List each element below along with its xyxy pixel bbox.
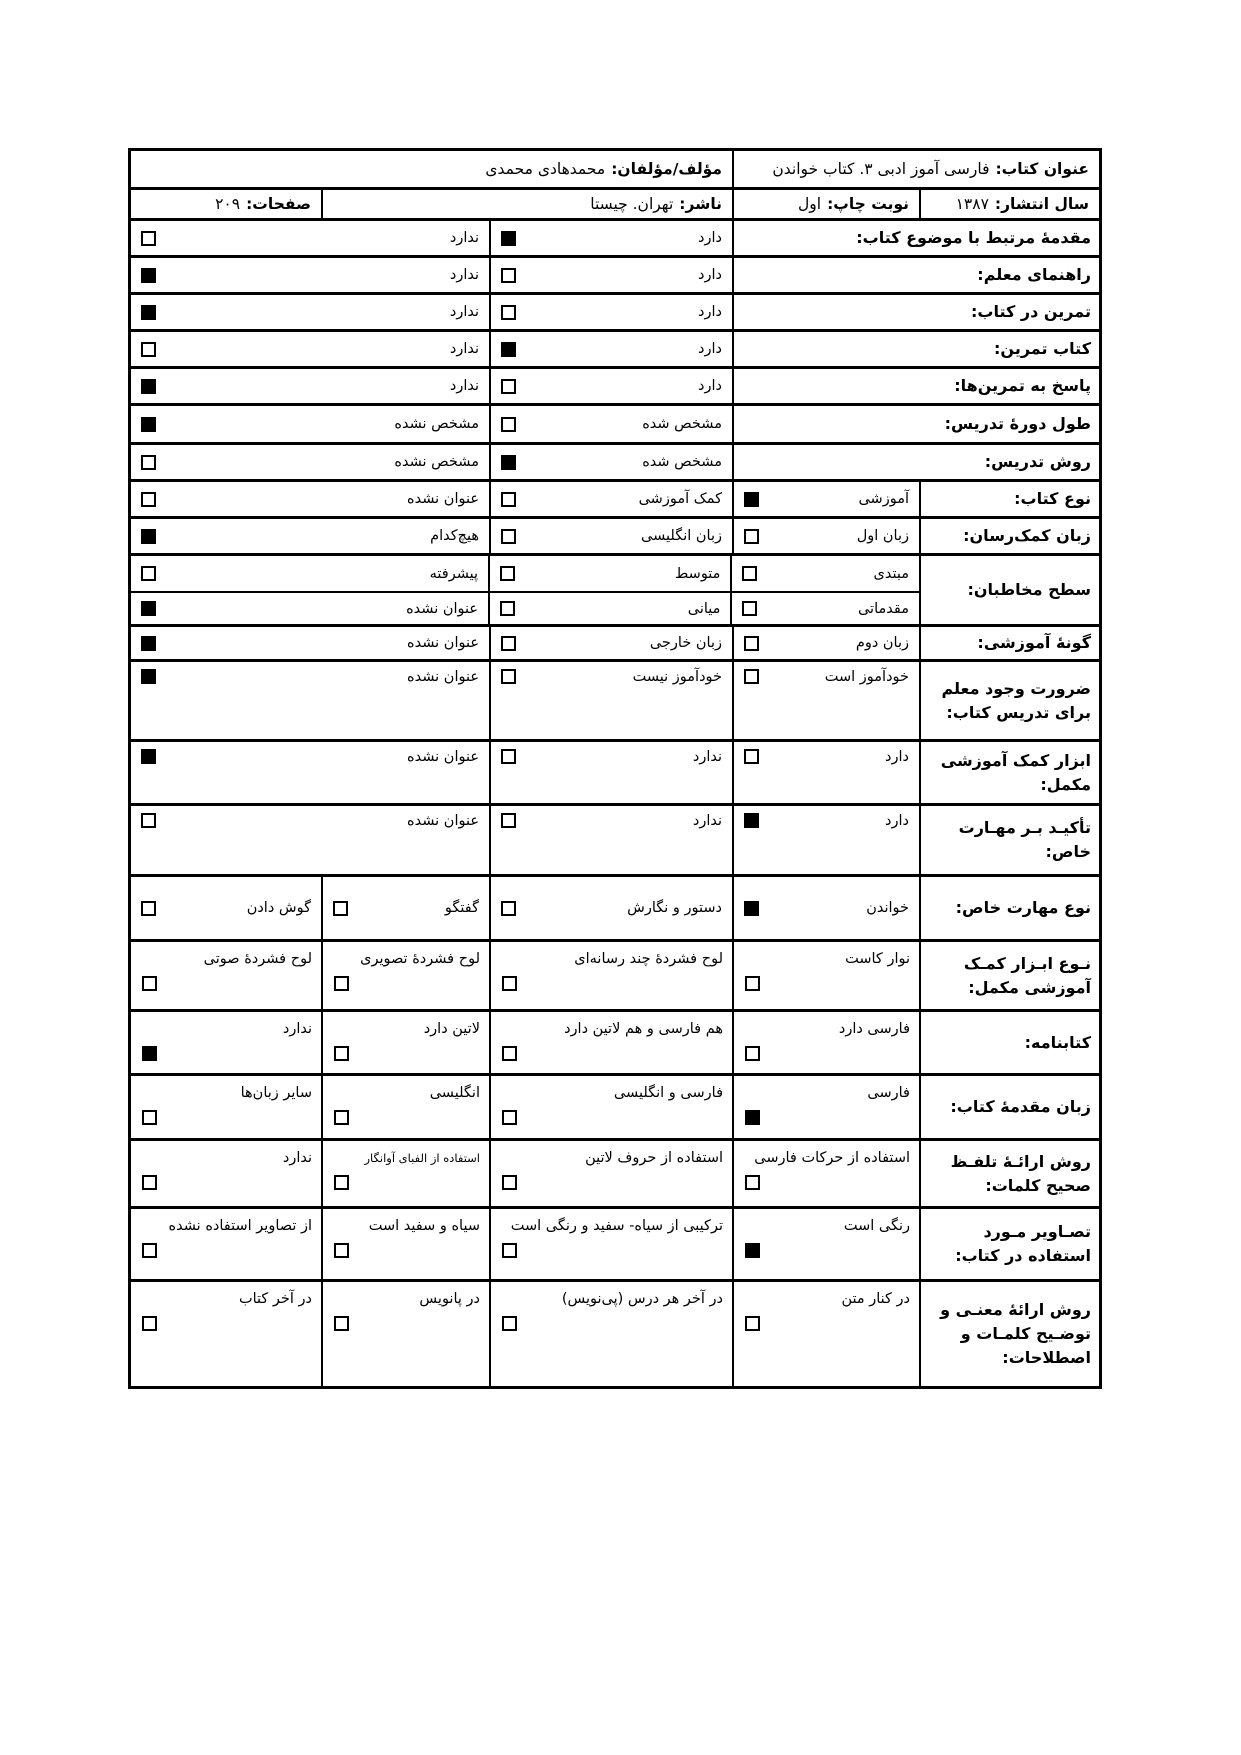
row-label-cell: روش ارائـهٔ تلفـظ صحیح کلمات: bbox=[921, 1141, 1099, 1206]
row-label: راهنمای معلم: bbox=[977, 263, 1091, 287]
option-label: دارد bbox=[885, 813, 909, 829]
row-audience-level: پیشرفتهمتوسطمبتدیعنوان نشدهمیانیمقدماتیس… bbox=[131, 556, 1099, 627]
checkbox-empty bbox=[141, 455, 156, 470]
row-teacher-guide: نداردداردراهنمای معلم: bbox=[131, 258, 1099, 295]
row-teaching-variety: عنوان نشدهزبان خارجیزبان دومگونهٔ آموزشی… bbox=[131, 627, 1099, 662]
option-cell: ندارد bbox=[131, 258, 491, 292]
checkbox-checked bbox=[501, 231, 516, 246]
publish-year-value: ۱۳۸۷ bbox=[956, 195, 989, 213]
book-evaluation-table: مؤلف/مؤلفان: محمدهادی محمدی عنوان کتاب: … bbox=[128, 148, 1102, 1389]
checkbox-empty bbox=[744, 749, 759, 764]
option-label: انگلیسی bbox=[430, 1085, 480, 1101]
row-related-intro: نداردداردمقدمهٔ مرتبط با موضوع کتاب: bbox=[131, 221, 1099, 258]
header-row-1: مؤلف/مؤلفان: محمدهادی محمدی عنوان کتاب: … bbox=[131, 151, 1099, 190]
row-label: روش تدریس: bbox=[985, 450, 1091, 474]
option-cell: دارد bbox=[491, 258, 734, 292]
option-label: استفاده از الفبای آوانگار bbox=[364, 1151, 480, 1165]
option-label: لاتین دارد bbox=[424, 1021, 480, 1037]
option-label: آموزشی bbox=[858, 491, 909, 507]
option-label: سیاه و سفید است bbox=[369, 1218, 480, 1234]
option-cell: رنگی است bbox=[734, 1209, 921, 1279]
option-label: پیشرفته bbox=[430, 566, 478, 582]
option-label: هم فارسی و هم لاتین دارد bbox=[564, 1021, 723, 1037]
row-label-cell: کتابنامه: bbox=[921, 1012, 1099, 1073]
checkbox-empty bbox=[501, 379, 516, 394]
checkbox-empty bbox=[744, 636, 759, 651]
row-bibliography: نداردلاتین داردهم فارسی و هم لاتین داردف… bbox=[131, 1012, 1099, 1076]
option-label: دارد bbox=[885, 749, 909, 765]
row-teaching-method: مشخص نشدهمشخص شدهروش تدریس: bbox=[131, 445, 1099, 482]
option-label: ندارد bbox=[283, 1150, 312, 1166]
checkbox-checked bbox=[142, 1046, 157, 1061]
option-cell: مشخص شده bbox=[491, 445, 734, 479]
row-label: کتاب تمرین: bbox=[994, 337, 1091, 361]
option-label: دارد bbox=[698, 267, 722, 283]
document-page: مؤلف/مؤلفان: محمدهادی محمدی عنوان کتاب: … bbox=[0, 0, 1241, 1755]
option-cell: فارسی و انگلیسی bbox=[491, 1076, 734, 1138]
option-subrow: عنوان نشدهمیانیمقدماتی bbox=[131, 593, 919, 624]
option-label: ترکیبی از سیاه- سفید و رنگی است bbox=[511, 1218, 723, 1234]
option-label: کمک آموزشی bbox=[639, 491, 722, 507]
option-label: مشخص نشده bbox=[394, 454, 479, 470]
option-cell: سیاه و سفید است bbox=[323, 1209, 491, 1279]
option-label: زبان خارجی bbox=[650, 635, 722, 651]
checkbox-empty bbox=[742, 566, 757, 581]
option-label: زبان دوم bbox=[856, 635, 909, 651]
option-subrow: پیشرفتهمتوسطمبتدی bbox=[131, 556, 919, 593]
option-cell: ندارد bbox=[131, 369, 491, 403]
option-cell: لوح فشردهٔ تصویری bbox=[323, 942, 491, 1009]
row-label-cell: ابزار کمک آموزشی مکمل: bbox=[921, 742, 1099, 803]
option-cell: هیچ‌کدام bbox=[131, 519, 491, 553]
option-cell: مقدماتی bbox=[732, 593, 919, 624]
option-cell: در آخر کتاب bbox=[131, 1282, 323, 1386]
option-cell: کمک آموزشی bbox=[491, 482, 734, 516]
row-label: پاسخ به تمرین‌ها: bbox=[954, 374, 1091, 398]
option-label: لوح فشردهٔ چند رسانه‌ای bbox=[574, 951, 723, 967]
row-intro-language: سایر زبان‌هاانگلیسیفارسی و انگلیسیفارسیز… bbox=[131, 1076, 1099, 1141]
option-cell: گفتگو bbox=[323, 877, 491, 939]
option-label: فارسی bbox=[867, 1085, 910, 1101]
pages-label: صفحات: bbox=[246, 195, 311, 213]
checkbox-empty bbox=[745, 1046, 760, 1061]
checkbox-empty bbox=[142, 1243, 157, 1258]
option-label: سایر زبان‌ها bbox=[241, 1085, 312, 1101]
row-book-type: عنوان نشدهکمک آموزشیآموزشینوع کتاب: bbox=[131, 482, 1099, 519]
option-label: مشخص شده bbox=[642, 454, 722, 470]
checkbox-empty bbox=[501, 901, 516, 916]
option-cell: در کنار متن bbox=[734, 1282, 921, 1386]
pages-value: ۲۰۹ bbox=[215, 195, 240, 213]
row-label-cell: پاسخ به تمرین‌ها: bbox=[734, 369, 1099, 403]
checkbox-empty bbox=[141, 231, 156, 246]
option-label: استفاده از حرکات فارسی bbox=[754, 1150, 910, 1166]
option-cell: عنوان نشده bbox=[131, 742, 491, 803]
checkbox-empty bbox=[501, 305, 516, 320]
checkbox-checked bbox=[744, 492, 759, 507]
checkbox-empty bbox=[501, 749, 516, 764]
option-cell: مشخص نشده bbox=[131, 445, 491, 479]
option-cell: دارد bbox=[491, 332, 734, 366]
option-label: ندارد bbox=[693, 749, 722, 765]
row-label: تمرین در کتاب: bbox=[971, 300, 1091, 324]
option-cell: ندارد bbox=[131, 1141, 323, 1206]
row-label: تصـاویر مـورد استفاده در کتاب: bbox=[929, 1220, 1091, 1268]
checkbox-empty bbox=[141, 901, 156, 916]
option-label: متوسط bbox=[675, 566, 721, 582]
row-label: روش ارائـهٔ تلفـظ صحیح کلمات: bbox=[929, 1150, 1091, 1198]
option-cell: آموزشی bbox=[734, 482, 921, 516]
option-label: گفتگو bbox=[445, 900, 479, 916]
checkbox-checked bbox=[745, 1243, 760, 1258]
checkbox-empty bbox=[334, 1243, 349, 1258]
option-cell: انگلیسی bbox=[323, 1076, 491, 1138]
option-label: دارد bbox=[698, 341, 722, 357]
option-cell: دستور و نگارش bbox=[491, 877, 734, 939]
row-label: کتابنامه: bbox=[1025, 1031, 1091, 1055]
option-cell: سایر زبان‌ها bbox=[131, 1076, 323, 1138]
edition-value: اول bbox=[798, 195, 821, 213]
row-label: روش ارائهٔ معنـی و توضـیح کلمـات و اصطلا… bbox=[929, 1298, 1091, 1370]
option-label: لوح فشردهٔ تصویری bbox=[360, 951, 480, 967]
row-label: نـوع ابـزار کمـک آموزشی مکمل: bbox=[929, 952, 1091, 1000]
option-label: هیچ‌کدام bbox=[430, 528, 479, 544]
row-label-cell: زبان کمک‌رسان: bbox=[921, 519, 1099, 553]
checkbox-checked bbox=[501, 342, 516, 357]
checkbox-empty bbox=[334, 1046, 349, 1061]
row-exercise-answers: نداردداردپاسخ به تمرین‌ها: bbox=[131, 369, 1099, 406]
checkbox-empty bbox=[334, 1316, 349, 1331]
audience-level-options: پیشرفتهمتوسطمبتدیعنوان نشدهمیانیمقدماتی bbox=[131, 556, 921, 624]
checkbox-checked bbox=[141, 669, 156, 684]
author-value: محمدهادی محمدی bbox=[485, 160, 605, 178]
checkbox-empty bbox=[502, 1243, 517, 1258]
checkbox-empty bbox=[142, 976, 157, 991]
option-label: فارسی و انگلیسی bbox=[614, 1085, 723, 1101]
row-label-cell: روش تدریس: bbox=[734, 445, 1099, 479]
option-cell: ترکیبی از سیاه- سفید و رنگی است bbox=[491, 1209, 734, 1279]
edition-label: نوبت چاپ: bbox=[827, 195, 909, 213]
option-label: لوح فشردهٔ صوتی bbox=[204, 951, 312, 967]
option-label: در پانویس bbox=[419, 1291, 480, 1307]
option-label: خودآموز نیست bbox=[633, 669, 722, 685]
option-label: از تصاویر استفاده نشده bbox=[169, 1218, 312, 1234]
option-label: گوش دادن bbox=[247, 900, 311, 916]
checkbox-empty bbox=[502, 1175, 517, 1190]
option-cell: در پانویس bbox=[323, 1282, 491, 1386]
row-exercise-book: نداردداردکتاب تمرین: bbox=[131, 332, 1099, 369]
option-label: دستور و نگارش bbox=[627, 900, 722, 916]
option-cell: عنوان نشده bbox=[131, 662, 491, 739]
option-cell: دارد bbox=[491, 221, 734, 255]
option-cell: ندارد bbox=[131, 295, 491, 329]
row-label-cell: نوع مهارت خاص: bbox=[921, 877, 1099, 939]
publisher-cell: ناشر: تهران. چیستا bbox=[323, 190, 734, 218]
option-cell: لاتین دارد bbox=[323, 1012, 491, 1073]
option-cell: ندارد bbox=[131, 332, 491, 366]
option-cell: دارد bbox=[734, 742, 921, 803]
checkbox-empty bbox=[500, 566, 515, 581]
option-cell: خودآموز است bbox=[734, 662, 921, 739]
book-title-value: فارسی آموز ادبی ۳. کتاب خواندن bbox=[772, 160, 989, 178]
checkbox-empty bbox=[742, 601, 757, 616]
checkbox-checked bbox=[501, 455, 516, 470]
option-cell: گوش دادن bbox=[131, 877, 323, 939]
row-course-duration: مشخص نشدهمشخص شدهطول دورهٔ تدریس: bbox=[131, 406, 1099, 445]
row-pronunciation-method: ندارداستفاده از الفبای آوانگاراستفاده از… bbox=[131, 1141, 1099, 1209]
checkbox-empty bbox=[502, 1046, 517, 1061]
option-label: خودآموز است bbox=[825, 669, 909, 685]
option-label: عنوان نشده bbox=[407, 749, 479, 765]
option-label: دارد bbox=[698, 230, 722, 246]
checkbox-empty bbox=[501, 268, 516, 283]
option-label: مبتدی bbox=[874, 566, 909, 582]
checkbox-empty bbox=[141, 813, 156, 828]
checkbox-checked bbox=[141, 529, 156, 544]
option-cell: نوار کاست bbox=[734, 942, 921, 1009]
option-cell: خواندن bbox=[734, 877, 921, 939]
row-label-cell: نـوع ابـزار کمـک آموزشی مکمل: bbox=[921, 942, 1099, 1009]
row-label-cell: مقدمهٔ مرتبط با موضوع کتاب: bbox=[734, 221, 1099, 255]
row-teacher-necessity: عنوان نشدهخودآموز نیستخودآموز استضرورت و… bbox=[131, 662, 1099, 742]
row-label: ضرورت وجود معلم برای تدریس کتاب: bbox=[929, 677, 1091, 725]
option-cell: زبان دوم bbox=[734, 627, 921, 659]
option-cell: عنوان نشده bbox=[131, 806, 491, 874]
row-label-cell: گونهٔ آموزشی: bbox=[921, 627, 1099, 659]
option-cell: در آخر هر درس (پی‌نویس) bbox=[491, 1282, 734, 1386]
option-label: در آخر کتاب bbox=[239, 1291, 312, 1307]
option-label: دارد bbox=[698, 378, 722, 394]
option-label: دارد bbox=[698, 304, 722, 320]
option-label: عنوان نشده bbox=[406, 601, 478, 617]
option-cell: ندارد bbox=[131, 1012, 323, 1073]
checkbox-empty bbox=[502, 1316, 517, 1331]
option-cell: دارد bbox=[491, 369, 734, 403]
checkbox-empty bbox=[334, 1110, 349, 1125]
checkbox-empty bbox=[501, 417, 516, 432]
row-label-cell: ضرورت وجود معلم برای تدریس کتاب: bbox=[921, 662, 1099, 739]
option-label: استفاده از حروف لاتین bbox=[585, 1150, 723, 1166]
option-cell: استفاده از حرکات فارسی bbox=[734, 1141, 921, 1206]
edition-cell: نوبت چاپ: اول bbox=[734, 190, 921, 218]
row-label: طول دورهٔ تدریس: bbox=[945, 412, 1091, 436]
option-cell: ندارد bbox=[491, 806, 734, 874]
checkbox-empty bbox=[502, 976, 517, 991]
checkbox-empty bbox=[501, 636, 516, 651]
checkbox-empty bbox=[334, 976, 349, 991]
row-supplementary-aid: عنوان نشدهنداردداردابزار کمک آموزشی مکمل… bbox=[131, 742, 1099, 806]
checkbox-empty bbox=[745, 1316, 760, 1331]
option-cell: استفاده از الفبای آوانگار bbox=[323, 1141, 491, 1206]
row-label-cell: تمرین در کتاب: bbox=[734, 295, 1099, 329]
row-label: ابزار کمک آموزشی مکمل: bbox=[929, 749, 1091, 797]
option-label: عنوان نشده bbox=[407, 635, 479, 651]
checkbox-empty bbox=[141, 492, 156, 507]
checkbox-empty bbox=[501, 492, 516, 507]
option-cell: فارسی bbox=[734, 1076, 921, 1138]
checkbox-checked bbox=[141, 636, 156, 651]
row-label: سطح مخاطبان: bbox=[967, 578, 1091, 602]
option-cell: استفاده از حروف لاتین bbox=[491, 1141, 734, 1206]
row-label: نوع کتاب: bbox=[1014, 487, 1091, 511]
row-label-cell: تصـاویر مـورد استفاده در کتاب: bbox=[921, 1209, 1099, 1279]
row-label-cell: تأکیـد بـر مهـارت خاص: bbox=[921, 806, 1099, 874]
publish-year-cell: سال انتشار: ۱۳۸۷ bbox=[921, 190, 1099, 218]
checkbox-checked bbox=[744, 813, 759, 828]
row-label: گونهٔ آموزشی: bbox=[977, 631, 1091, 655]
option-cell: عنوان نشده bbox=[131, 627, 491, 659]
row-skill-emphasis: عنوان نشدهنداردداردتأکیـد بـر مهـارت خاص… bbox=[131, 806, 1099, 877]
header-row-2: صفحات: ۲۰۹ ناشر: تهران. چیستا نوبت چاپ: … bbox=[131, 190, 1099, 221]
checkbox-empty bbox=[745, 1175, 760, 1190]
option-label: در کنار متن bbox=[841, 1291, 910, 1307]
option-cell: عنوان نشده bbox=[131, 593, 490, 624]
checkbox-empty bbox=[745, 976, 760, 991]
row-label-cell: طول دورهٔ تدریس: bbox=[734, 406, 1099, 442]
option-cell: زبان خارجی bbox=[491, 627, 734, 659]
checkbox-checked bbox=[744, 901, 759, 916]
option-label: فارسی دارد bbox=[839, 1021, 910, 1037]
checkbox-empty bbox=[501, 529, 516, 544]
checkbox-empty bbox=[142, 1110, 157, 1125]
row-label-cell: سطح مخاطبان: bbox=[921, 556, 1099, 624]
option-label: عنوان نشده bbox=[407, 669, 479, 685]
checkbox-checked bbox=[141, 601, 156, 616]
row-label-cell: روش ارائهٔ معنـی و توضـیح کلمـات و اصطلا… bbox=[921, 1282, 1099, 1386]
option-cell: خودآموز نیست bbox=[491, 662, 734, 739]
option-cell: از تصاویر استفاده نشده bbox=[131, 1209, 323, 1279]
option-cell: میانی bbox=[490, 593, 732, 624]
option-label: عنوان نشده bbox=[407, 491, 479, 507]
row-label-cell: راهنمای معلم: bbox=[734, 258, 1099, 292]
row-label-cell: نوع کتاب: bbox=[921, 482, 1099, 516]
publish-year-label: سال انتشار: bbox=[995, 195, 1089, 213]
row-label-cell: کتاب تمرین: bbox=[734, 332, 1099, 366]
checkbox-empty bbox=[744, 529, 759, 544]
option-label: ندارد bbox=[450, 304, 479, 320]
option-cell: زبان اول bbox=[734, 519, 921, 553]
checkbox-checked bbox=[141, 305, 156, 320]
option-label: ندارد bbox=[450, 230, 479, 246]
row-label: مقدمهٔ مرتبط با موضوع کتاب: bbox=[856, 226, 1091, 250]
option-cell: پیشرفته bbox=[131, 556, 490, 591]
row-special-skill-type: گوش دادنگفتگودستور و نگارشخواندننوع مهار… bbox=[131, 877, 1099, 942]
option-label: ندارد bbox=[283, 1021, 312, 1037]
option-label: ندارد bbox=[693, 813, 722, 829]
checkbox-empty bbox=[334, 1175, 349, 1190]
row-label: نوع مهارت خاص: bbox=[956, 896, 1091, 920]
option-label: ندارد bbox=[450, 341, 479, 357]
author-label: مؤلف/مؤلفان: bbox=[611, 160, 722, 178]
checkbox-checked bbox=[745, 1110, 760, 1125]
option-label: ندارد bbox=[450, 267, 479, 283]
option-cell: زبان انگلیسی bbox=[491, 519, 734, 553]
option-cell: مشخص نشده bbox=[131, 406, 491, 442]
checkbox-checked bbox=[141, 379, 156, 394]
checkbox-empty bbox=[744, 669, 759, 684]
option-cell: عنوان نشده bbox=[131, 482, 491, 516]
row-aid-type: لوح فشردهٔ صوتیلوح فشردهٔ تصویریلوح فشرد… bbox=[131, 942, 1099, 1012]
checkbox-empty bbox=[501, 813, 516, 828]
row-exercises-in-book: نداردداردتمرین در کتاب: bbox=[131, 295, 1099, 332]
option-cell: لوح فشردهٔ چند رسانه‌ای bbox=[491, 942, 734, 1009]
option-label: زبان انگلیسی bbox=[641, 528, 722, 544]
option-label: ندارد bbox=[450, 378, 479, 394]
checkbox-empty bbox=[142, 1316, 157, 1331]
option-label: خواندن bbox=[866, 900, 909, 916]
option-label: مشخص نشده bbox=[394, 416, 479, 432]
option-cell: دارد bbox=[734, 806, 921, 874]
row-label: تأکیـد بـر مهـارت خاص: bbox=[929, 816, 1091, 864]
option-label: نوار کاست bbox=[845, 951, 910, 967]
option-label: مقدماتی bbox=[858, 601, 909, 617]
option-cell: ندارد bbox=[131, 221, 491, 255]
row-support-language: هیچ‌کدامزبان انگلیسیزبان اولزبان کمک‌رسا… bbox=[131, 519, 1099, 556]
row-label: زبان کمک‌رسان: bbox=[963, 524, 1091, 548]
author-cell: مؤلف/مؤلفان: محمدهادی محمدی bbox=[131, 151, 734, 187]
option-cell: ندارد bbox=[491, 742, 734, 803]
row-meaning-method: در آخر کتابدر پانویسدر آخر هر درس (پی‌نو… bbox=[131, 1282, 1099, 1386]
checkbox-empty bbox=[141, 342, 156, 357]
publisher-value: تهران. چیستا bbox=[590, 195, 673, 213]
checkbox-empty bbox=[502, 1110, 517, 1125]
row-label-cell: زبان مقدمهٔ کتاب: bbox=[921, 1076, 1099, 1138]
checkbox-checked bbox=[141, 268, 156, 283]
pages-cell: صفحات: ۲۰۹ bbox=[131, 190, 323, 218]
book-title-cell: عنوان کتاب: فارسی آموز ادبی ۳. کتاب خوان… bbox=[734, 151, 1099, 187]
row-image-type: از تصاویر استفاده نشدهسیاه و سفید استترک… bbox=[131, 1209, 1099, 1282]
checkbox-empty bbox=[333, 901, 348, 916]
checkbox-checked bbox=[141, 749, 156, 764]
row-label: زبان مقدمهٔ کتاب: bbox=[950, 1095, 1091, 1119]
option-label: عنوان نشده bbox=[407, 813, 479, 829]
option-cell: مبتدی bbox=[732, 556, 919, 591]
book-title-label: عنوان کتاب: bbox=[995, 160, 1089, 178]
option-cell: لوح فشردهٔ صوتی bbox=[131, 942, 323, 1009]
option-label: زبان اول bbox=[857, 528, 909, 544]
checkbox-checked bbox=[141, 417, 156, 432]
option-label: میانی bbox=[688, 601, 721, 617]
option-label: در آخر هر درس (پی‌نویس) bbox=[562, 1291, 723, 1307]
checkbox-empty bbox=[501, 669, 516, 684]
checkbox-empty bbox=[141, 566, 156, 581]
option-cell: مشخص شده bbox=[491, 406, 734, 442]
checkbox-empty bbox=[142, 1175, 157, 1190]
checkbox-empty bbox=[500, 601, 515, 616]
option-cell: فارسی دارد bbox=[734, 1012, 921, 1073]
option-label: رنگی است bbox=[844, 1218, 910, 1234]
option-cell: متوسط bbox=[490, 556, 732, 591]
option-label: مشخص شده bbox=[642, 416, 722, 432]
publisher-label: ناشر: bbox=[679, 195, 722, 213]
option-cell: هم فارسی و هم لاتین دارد bbox=[491, 1012, 734, 1073]
option-cell: دارد bbox=[491, 295, 734, 329]
